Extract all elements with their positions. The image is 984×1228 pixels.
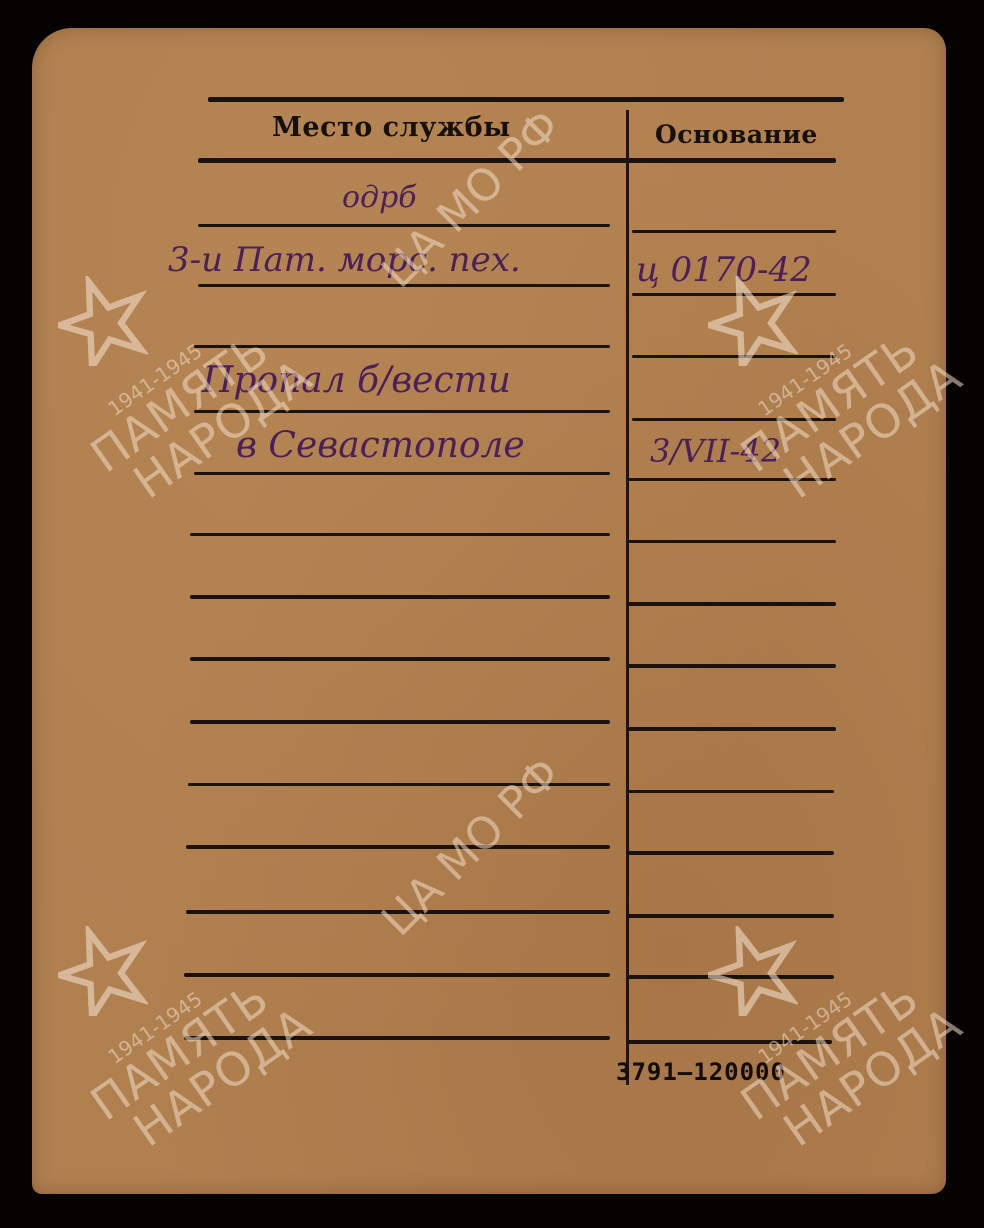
row-rule xyxy=(198,224,610,227)
row-rule xyxy=(190,657,610,661)
row-rule xyxy=(190,720,610,724)
row-rule xyxy=(186,845,610,849)
row-rule xyxy=(190,595,610,599)
row-rule xyxy=(626,914,834,918)
row-rule xyxy=(194,472,610,475)
top-rule xyxy=(208,97,844,102)
column-divider xyxy=(626,110,629,1085)
row-rule xyxy=(628,540,836,543)
row-rule xyxy=(628,602,836,606)
entry-location: в Севастополе xyxy=(236,425,525,466)
row-rule xyxy=(632,230,836,233)
star-icon xyxy=(708,276,798,366)
row-rule xyxy=(628,727,836,731)
star-icon xyxy=(58,926,148,1016)
star-icon xyxy=(708,926,798,1016)
entry-unit-abbrev: одрб xyxy=(342,180,417,215)
row-rule xyxy=(626,790,834,793)
entry-unit: 3-и Пат. морс. пех. xyxy=(168,240,521,280)
column-header-place: Место службы xyxy=(272,112,511,143)
row-rule xyxy=(626,851,834,855)
row-rule xyxy=(190,533,610,536)
star-icon xyxy=(58,276,148,366)
row-rule xyxy=(628,664,836,668)
column-header-basis: Основание xyxy=(655,120,818,149)
